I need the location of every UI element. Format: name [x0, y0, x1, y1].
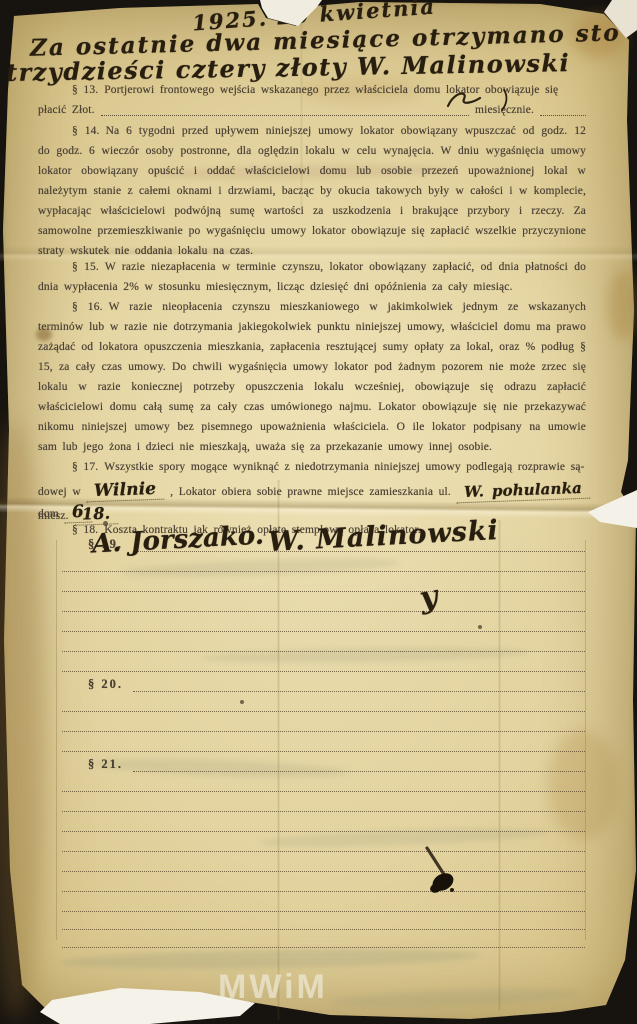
dotted-rule	[62, 947, 585, 948]
ruled-line	[62, 814, 585, 832]
ruled-line	[62, 912, 585, 930]
dotted-blank	[540, 115, 586, 116]
paragraph-16-text: W razie nieopłacenia czynszu mieszkaniow…	[38, 301, 586, 453]
ruled-line	[62, 594, 585, 612]
section-label-13: § 13.	[72, 84, 104, 96]
paragraph-15: § 15.W razie niezapłacenia w terminie cz…	[38, 257, 586, 297]
paragraph-14: § 14.Na 6 tygodni przed upływem niniejsz…	[38, 121, 586, 261]
dotted-rule	[133, 771, 585, 772]
dotted-rule	[62, 791, 585, 792]
dotted-rule	[62, 611, 585, 612]
dotted-rule	[62, 831, 585, 832]
ruled-line	[62, 734, 585, 752]
archive-watermark: MWiM	[218, 968, 328, 1007]
ruled-line	[62, 694, 585, 712]
ink-blot	[405, 840, 477, 904]
paragraph-14-text: Na 6 tygodni przed upływem niniejszej um…	[38, 125, 586, 257]
dotted-blank	[101, 115, 469, 116]
section-label-17: § 17.	[72, 461, 104, 473]
ruled-section: § 19. § 20. § 21.	[62, 534, 585, 954]
ruled-frame-line	[56, 540, 57, 940]
section-label-16: § 16.	[72, 301, 109, 313]
ruled-line	[62, 634, 585, 652]
handwritten-street: W. pohulanka	[456, 478, 591, 504]
section-label-21: § 21.	[62, 757, 133, 772]
dotted-rule	[62, 731, 585, 732]
dotted-rule	[62, 851, 585, 852]
dotted-rule	[62, 651, 585, 652]
ruled-frame-line	[585, 540, 586, 940]
dotted-rule	[62, 811, 585, 812]
ruled-line: § 21.	[62, 754, 585, 772]
dotted-rule	[62, 711, 585, 712]
paragraph-16: § 16.W razie nieopłacenia czynszu mieszk…	[38, 297, 586, 457]
ruled-line	[62, 874, 585, 892]
dotted-rule	[62, 671, 585, 672]
ruled-line	[62, 574, 585, 592]
ink-squiggle	[444, 86, 514, 116]
dotted-rule	[62, 631, 585, 632]
section-label-20: § 20.	[62, 677, 133, 692]
dotted-rule	[62, 571, 585, 572]
ruled-line: § 20.	[62, 674, 585, 692]
scanned-document-photo: 1925. 20 kwietnia Za ostatnie dwa miesią…	[0, 0, 637, 1024]
ruled-line	[62, 794, 585, 812]
ruled-line	[62, 714, 585, 732]
paragraph-17-line1: § 17.Wszystkie spory mogące wyniknąć z n…	[38, 457, 586, 477]
ruled-line	[62, 894, 585, 912]
ruled-line	[62, 930, 585, 948]
dotted-rule	[62, 891, 585, 892]
section-label-15: § 15.	[72, 261, 105, 273]
dotted-rule	[62, 871, 585, 872]
pay-prefix: płacić Złot.	[38, 100, 95, 120]
section-label-14: § 14.	[72, 125, 106, 137]
paper-stain	[608, 270, 637, 340]
ruled-line	[62, 614, 585, 632]
paragraph-17-text: Wszystkie spory mogące wyniknąć z niedot…	[104, 461, 584, 473]
ruled-line	[62, 834, 585, 852]
ruled-line	[62, 654, 585, 672]
paragraph-17-text: dowej w	[38, 486, 81, 498]
dotted-rule	[133, 691, 585, 692]
paragraph-15-text: W razie niezapłacenia w terminie czynszu…	[38, 261, 586, 293]
handwritten-city: Wilnie	[86, 479, 165, 503]
paragraph-17-text: , Lokator obiera sobie prawne miejsce za…	[170, 486, 451, 498]
dotted-rule	[62, 751, 585, 752]
ruled-line	[62, 854, 585, 872]
dotted-rule	[62, 591, 585, 592]
ruled-line	[62, 774, 585, 792]
